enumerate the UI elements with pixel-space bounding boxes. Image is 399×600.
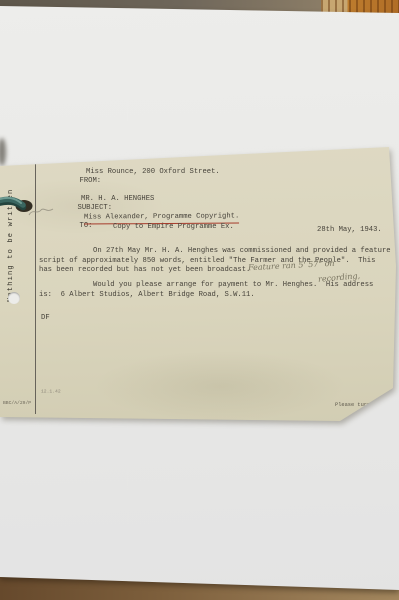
memo-paper: Nothing to be written FROM: Miss Rounce,… — [0, 146, 399, 423]
body-paragraph-2-line-1: Would you please arrange for payment to … — [93, 281, 373, 290]
turn-over-note: Please turn ov — [335, 402, 380, 409]
subject-label: SUBJECT: — [78, 204, 113, 212]
typist-initials: DF — [41, 314, 50, 323]
copy-line: Copy to Empire Programme Ex. — [113, 223, 234, 232]
from-label: FROM: — [80, 177, 102, 185]
memo-date: 28th May, 1943. — [317, 226, 382, 235]
photo-scene: Nothing to be written FROM: Miss Rounce,… — [0, 0, 399, 600]
to-row: TO: Miss Alexander, Programme Copyright. — [45, 213, 92, 249]
form-code-line-2: 80,000-No. W. — [3, 418, 40, 424]
form-code: BBC/A/29/P 80,000-No. W. — [3, 389, 40, 435]
form-code-line-1: BBC/A/29/P — [3, 401, 40, 407]
punch-hole-bottom — [8, 292, 20, 304]
date-stamp: 12.1.42 — [41, 389, 61, 395]
body-paragraph-1-line-1: On 27th May Mr. H. A. Henghes was commis… — [93, 247, 391, 256]
body-paragraph-2-line-2: is: 6 Albert Studios, Albert Bridge Road… — [39, 291, 255, 300]
from-value: Miss Rounce, 200 Oxford Street. — [86, 168, 220, 177]
body-paragraph-1-line-3: has been recorded but has not yet been b… — [39, 266, 250, 275]
subject-value: MR. H. A. HENGHES — [81, 195, 154, 204]
